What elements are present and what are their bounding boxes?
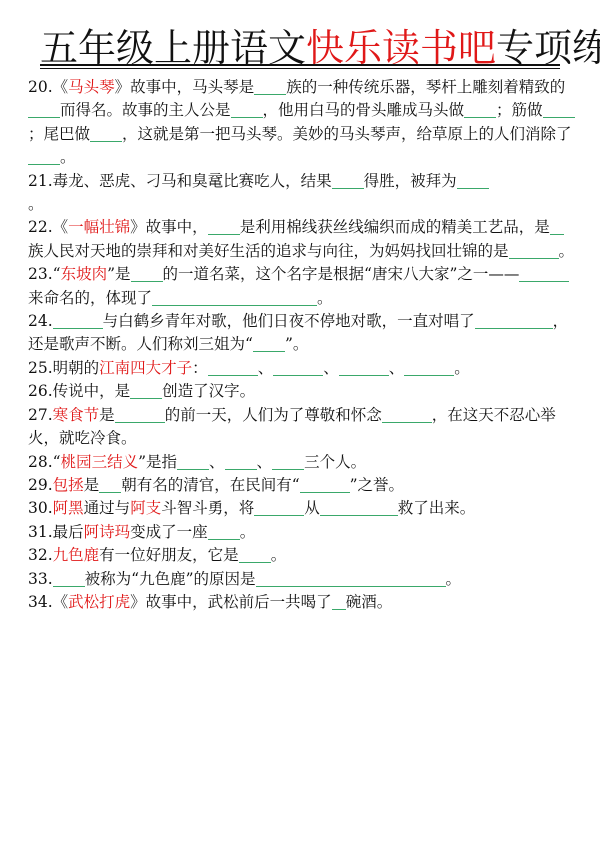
answer-blank[interactable] xyxy=(28,147,60,165)
answer-blank[interactable] xyxy=(382,405,432,423)
question-23: 23.“东坡肉”是的一道名菜，这个名字是根据“唐宋八大家”之一——来命名的，体现… xyxy=(28,263,576,310)
book-title: 东坡肉 xyxy=(61,265,108,283)
question-31: 31.最后阿诗玛变成了一座。 xyxy=(28,521,576,544)
keyword: 阿诗玛 xyxy=(84,523,131,541)
answer-blank[interactable] xyxy=(273,358,323,376)
keyword: 桃园三结义 xyxy=(61,453,139,471)
question-24: 24.与白鹤乡青年对歌，他们日夜不停地对歌，一直对唱了，还是歌声不断。人们称刘三… xyxy=(28,310,576,357)
question-25: 25.明朝的江南四大才子：、、、。 xyxy=(28,357,576,380)
book-title: 武松打虎 xyxy=(68,593,130,611)
question-list: 20.《马头琴》故事中，马头琴是族的一种传统乐器，琴杆上雕刻着精致的而得名。故事… xyxy=(28,76,576,614)
question-28: 28.“桃园三结义”是指、、三个人。 xyxy=(28,451,576,474)
keyword: 寒食节 xyxy=(53,406,100,424)
answer-blank[interactable] xyxy=(115,405,165,423)
question-29: 29.包拯是朝有名的清官，在民间有“”之誉。 xyxy=(28,474,576,497)
answer-blank[interactable] xyxy=(53,311,103,329)
answer-blank[interactable] xyxy=(256,569,446,587)
answer-blank[interactable] xyxy=(509,241,559,259)
answer-blank[interactable] xyxy=(28,100,60,118)
answer-blank[interactable] xyxy=(457,171,489,189)
title-underline-thin xyxy=(40,68,560,69)
answer-blank[interactable] xyxy=(519,264,569,282)
answer-blank[interactable] xyxy=(225,452,257,470)
question-27: 27.寒食节是的前一天，人们为了尊敬和怀念，在这天不忍心举火，就吃冷食。 xyxy=(28,404,576,451)
answer-blank[interactable] xyxy=(239,545,271,563)
answer-blank[interactable] xyxy=(404,358,454,376)
answer-blank[interactable] xyxy=(90,124,122,142)
question-22: 22.《一幅壮锦》故事中，是利用棉线获丝线编织而成的精美工艺品，是族人民对天地的… xyxy=(28,216,576,263)
question-30: 30.阿黑通过与阿支斗智斗勇，将从救了出来。 xyxy=(28,497,576,520)
answer-blank[interactable] xyxy=(300,475,350,493)
question-34: 34.《武松打虎》故事中，武松前后一共喝了碗酒。 xyxy=(28,591,576,614)
answer-blank[interactable] xyxy=(254,77,286,95)
title-underline xyxy=(40,64,560,66)
answer-blank[interactable] xyxy=(130,381,162,399)
question-21: 21.毒龙、恶虎、刁马和臭鼋比赛吃人，结果得胜，被拜为。 xyxy=(28,170,576,217)
answer-blank[interactable] xyxy=(99,475,121,493)
book-title: 马头琴 xyxy=(68,78,115,96)
keyword: 阿支 xyxy=(130,499,161,517)
answer-blank[interactable] xyxy=(332,171,364,189)
answer-blank[interactable] xyxy=(254,498,304,516)
keyword: 阿黑 xyxy=(53,499,84,517)
answer-blank[interactable] xyxy=(53,569,85,587)
answer-blank[interactable] xyxy=(332,592,346,610)
answer-blank[interactable] xyxy=(272,452,304,470)
answer-blank[interactable] xyxy=(152,288,317,306)
answer-blank[interactable] xyxy=(475,311,553,329)
answer-blank[interactable] xyxy=(543,100,575,118)
answer-blank[interactable] xyxy=(231,100,263,118)
answer-blank[interactable] xyxy=(208,217,240,235)
answer-blank[interactable] xyxy=(320,498,398,516)
keyword: 九色鹿 xyxy=(53,546,100,564)
keyword: 江南四大才子 xyxy=(99,359,192,377)
question-26: 26.传说中，是创造了汉字。 xyxy=(28,380,576,403)
question-33: 33.被称为“九色鹿”的原因是。 xyxy=(28,568,576,591)
answer-blank[interactable] xyxy=(177,452,209,470)
answer-blank[interactable] xyxy=(208,522,240,540)
answer-blank[interactable] xyxy=(550,217,564,235)
answer-blank[interactable] xyxy=(253,334,285,352)
question-32: 32.九色鹿有一位好朋友，它是。 xyxy=(28,544,576,567)
answer-blank[interactable] xyxy=(208,358,258,376)
question-20: 20.《马头琴》故事中，马头琴是族的一种传统乐器，琴杆上雕刻着精致的而得名。故事… xyxy=(28,76,576,170)
keyword: 包拯 xyxy=(53,476,84,494)
answer-blank[interactable] xyxy=(339,358,389,376)
answer-blank[interactable] xyxy=(131,264,163,282)
answer-blank[interactable] xyxy=(464,100,496,118)
book-title: 一幅壮锦 xyxy=(68,218,130,236)
